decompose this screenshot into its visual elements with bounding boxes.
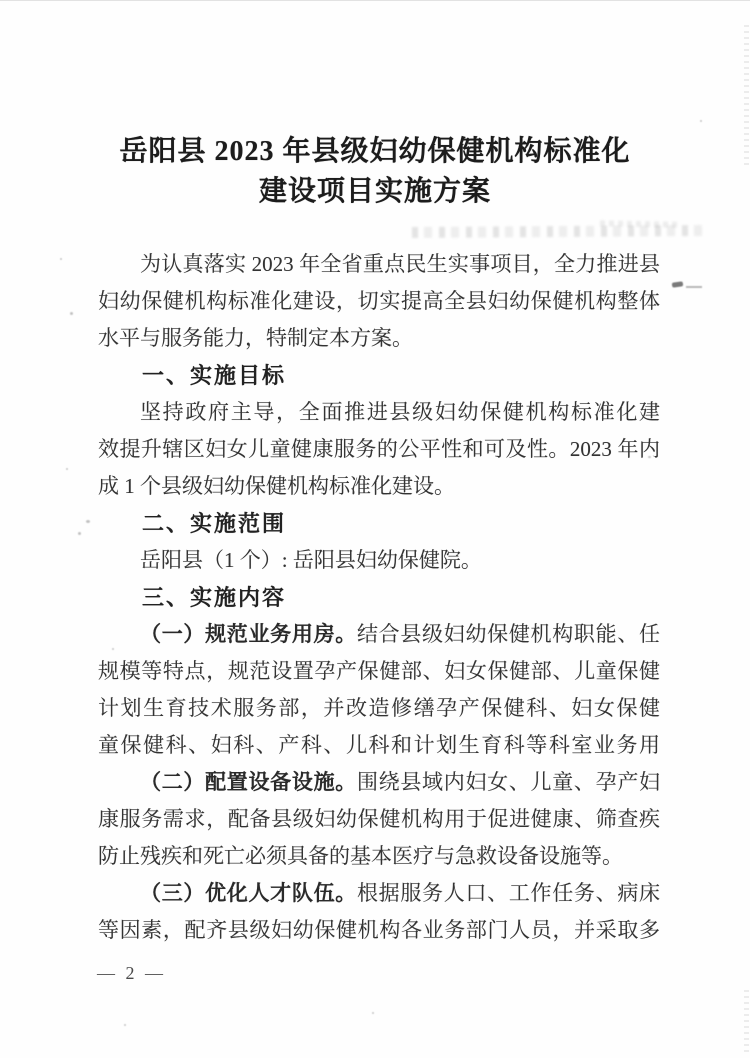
paragraph-line: 康服务需求，配备县级妇幼保健机构用于促进健康、筛查疾病、 [98,801,660,838]
paragraph-lead-3: （三）优化人才队伍。 [140,881,357,905]
document-title-line-2: 建设项目实施方案 [0,172,750,212]
paragraph-line: （一）规范业务用房。结合县级妇幼保健机构职能、任务、 [98,616,660,653]
dust-speck-artifact [648,456,651,458]
dust-speck-artifact [372,1012,374,1014]
section-heading-1: 一、实施目标 [98,357,660,394]
paragraph-line: 计划生育技术服务部，并改造修缮孕产保健科、妇女保健科、儿 [98,690,660,727]
paragraph-line: 妇幼保健机构标准化建设，切实提高全县妇幼保健机构整体服务 [98,283,660,320]
paragraph-line: 效提升辖区妇女儿童健康服务的公平性和可及性。2023 年内完 [98,431,660,468]
paragraph-line: 规模等特点，规范设置孕产保健部、妇女保健部、儿童保健部、 [98,653,660,690]
ink-speck-artifact [686,286,702,288]
paragraph-lead-2: （二）配置设备设施。 [140,770,357,794]
scan-edge-artifact [744,990,749,1052]
section-heading-2: 二、实施范围 [98,505,660,542]
dust-speck-artifact [86,520,90,523]
dust-speck-artifact [70,312,73,315]
paragraph-line: 成 1 个县级妇幼保健机构标准化建设。 [98,468,660,505]
paragraph-line: （二）配置设备设施。围绕县域内妇女、儿童、孕产妇的健 [98,764,660,801]
paragraph-line: 为认真落实 2023 年全省重点民生实事项目，全力推进县级 [98,246,660,283]
section-heading-3: 三、实施内容 [98,579,660,616]
paragraph-line: 水平与服务能力，特制定本方案。 [98,320,660,357]
scanned-document-page: 岳阳县 2023 年县级妇幼保健机构标准化 建设项目实施方案 为认真落实 202… [0,0,750,1058]
paragraph-line: 坚持政府主导，全面推进县级妇幼保健机构标准化建设，有 [98,394,660,431]
paragraph-line: 童保健科、妇科、产科、儿科和计划生育科等科室业务用房。 [98,727,660,764]
dust-speck-artifact [60,258,62,260]
paragraph-line: （三）优化人才队伍。根据服务人口、工作任务、病床数量 [98,875,660,912]
ink-speck-artifact [672,281,684,287]
paragraph-line: 岳阳县（1 个）: 岳阳县妇幼保健院。 [98,542,660,579]
document-title: 岳阳县 2023 年县级妇幼保健机构标准化 建设项目实施方案 [0,132,750,212]
dust-speck-artifact [124,1024,126,1026]
paragraph-line: 防止残疾和死亡必须具备的基本医疗与急救设备设施等。 [98,838,660,875]
document-body: 为认真落实 2023 年全省重点民生实事项目，全力推进县级 妇幼保健机构标准化建… [98,246,660,949]
paragraph-line: 等因素，配齐县级妇幼保健机构各业务部门人员，并采取多种方 [98,912,660,949]
page-number: — 2 — [97,963,166,984]
dust-speck-artifact [700,120,702,122]
scan-edge-artifact [744,25,749,165]
dust-speck-artifact [112,648,114,650]
dust-speck-artifact [66,468,68,470]
scan-edge-artifact [0,0,750,1]
dust-speck-artifact [78,532,81,535]
document-title-line-1: 岳阳县 2023 年县级妇幼保健机构标准化 [0,132,750,172]
paragraph-lead-1: （一）规范业务用房。 [140,622,357,646]
